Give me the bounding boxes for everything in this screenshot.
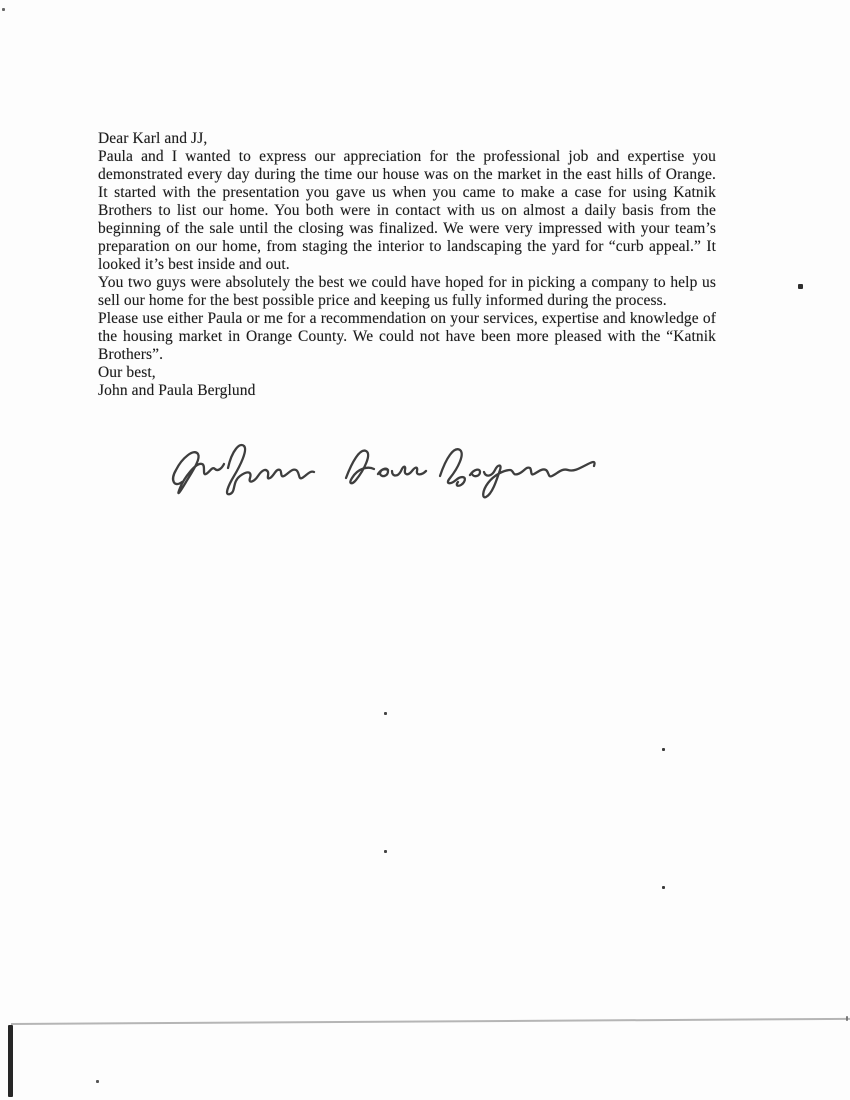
signature-paula-script [346,449,595,497]
scan-speckle [846,1016,848,1021]
typed-signature: John and Paula Berglund [98,382,716,400]
letter-body: Dear Karl and JJ, Paula and I wanted to … [98,130,716,400]
scan-speckle [662,886,665,889]
scan-speckle [384,712,387,715]
scan-speckle [662,748,665,751]
signature-john-script [173,445,314,494]
scan-speckle [96,1080,99,1083]
scan-speckle [2,8,5,11]
letter-paragraph-best-hoped: You two guys were absolutely the best we… [98,274,716,310]
scan-speckle [384,850,387,853]
scan-page-edge-line [11,1018,850,1025]
salutation: Dear Karl and JJ, [98,130,716,148]
scanned-letter-page: Dear Karl and JJ, Paula and I wanted to … [0,0,850,1100]
letter-paragraph-appreciation: Paula and I wanted to express our apprec… [98,148,716,274]
handwritten-signature [168,438,598,500]
letter-paragraph-recommendation: Please use either Paula or me for a reco… [98,310,716,364]
scan-speckle [798,284,803,289]
scan-page-edge-shadow [8,1025,13,1097]
closing-phrase: Our best, [98,364,156,381]
